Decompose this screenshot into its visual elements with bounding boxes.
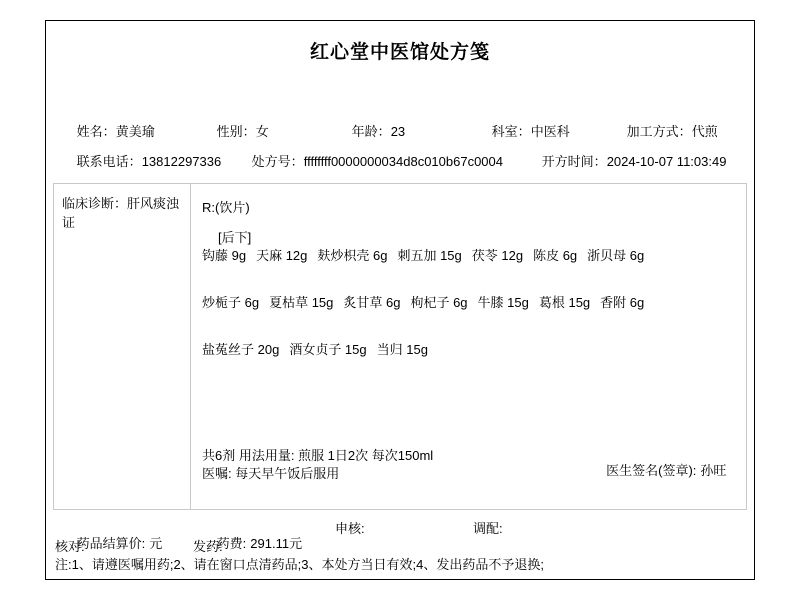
- prescription-time-label: 开方时间：: [542, 154, 607, 169]
- phone-value: 13812297336: [142, 154, 222, 169]
- review-field: 申核:: [335, 518, 365, 537]
- medicine-line: 炒栀子 6g夏枯草 15g炙甘草 6g枸杞子 6g牛膝 15g葛根 15g香附 …: [202, 292, 654, 311]
- footer-note: 注:1、请遵医嘱用药;2、请在窗口点清药品;3、本处方当日有效;4、发出药品不予…: [55, 554, 544, 573]
- medicine-item: 麸炒枳壳 6g: [317, 248, 387, 263]
- clinical-diagnosis: 临床诊断：肝风痰浊证: [54, 184, 191, 509]
- medicine-item: 刺五加 15g: [397, 248, 461, 263]
- settlement-price-value: 元: [149, 536, 162, 551]
- clinical-diagnosis-label: 临床诊断：: [62, 196, 127, 211]
- settlement-price-label: 药品结算价:: [77, 536, 146, 551]
- medicine-item: 炙甘草 6g: [343, 295, 400, 310]
- medicine-item: 茯苓 12g: [472, 248, 523, 263]
- check-field: 核对:: [55, 536, 85, 555]
- form-border: 红心堂中医馆处方笺 姓名：黄美瑜 性别：女 年龄：23 科室：中医科 加工方式：…: [45, 20, 755, 580]
- medicine-item: 酒女贞子 15g: [289, 342, 366, 357]
- prescription-number-value: ffffffff0000000034d8c010b67c0004: [304, 154, 503, 169]
- prescription-time-field: 开方时间：2024-10-07 11:03:49: [520, 136, 726, 185]
- rx-note: [后下]: [218, 227, 251, 246]
- phone-field: 联系电话：13812297336: [55, 136, 221, 185]
- prescription-page: 红心堂中医馆处方笺 姓名：黄美瑜 性别：女 年龄：23 科室：中医科 加工方式：…: [0, 0, 800, 600]
- medicine-item: 浙贝母 6g: [587, 248, 644, 263]
- medicine-line: 钩藤 9g天麻 12g麸炒枳壳 6g刺五加 15g茯苓 12g陈皮 6g浙贝母 …: [202, 245, 654, 264]
- prescription-number-label: 处方号：: [252, 154, 304, 169]
- dosage-summary: 共6剂 用法用量: 煎服 1日2次 每次150ml: [202, 445, 433, 464]
- medicine-list: 钩藤 9g天麻 12g麸炒枳壳 6g刺五加 15g茯苓 12g陈皮 6g浙贝母 …: [202, 245, 654, 386]
- rx-cell: R:(饮片) [后下] 钩藤 9g天麻 12g麸炒枳壳 6g刺五加 15g茯苓 …: [191, 184, 746, 509]
- drug-fee-value: 291.11元: [250, 536, 302, 551]
- medicine-item: 香附 6g: [600, 295, 644, 310]
- doctor-signature-label: 医生签名(签章):: [606, 463, 696, 478]
- medicine-item: 天麻 12g: [256, 248, 307, 263]
- rx-header: R:(饮片): [202, 197, 250, 216]
- medicine-item: 枸杞子 6g: [410, 295, 467, 310]
- prescription-table: 临床诊断：肝风痰浊证 R:(饮片) [后下] 钩藤 9g天麻 12g麸炒枳壳 6…: [53, 183, 747, 510]
- doctor-signature: 医生签名(签章):孙旺: [570, 445, 726, 494]
- page-title: 红心堂中医馆处方笺: [46, 37, 754, 64]
- dispense-field: 调配:: [473, 518, 503, 537]
- medicine-item: 葛根 15g: [539, 295, 590, 310]
- medicine-item: 炒栀子 6g: [202, 295, 259, 310]
- medicine-item: 陈皮 6g: [533, 248, 577, 263]
- medicine-item: 盐菟丝子 20g: [202, 342, 279, 357]
- doctor-instruction: 医嘱: 每天早午饭后服用: [202, 463, 339, 482]
- medicine-item: 当归 15g: [377, 342, 428, 357]
- medicine-item: 牛膝 15g: [478, 295, 529, 310]
- doctor-signature-value: 孙旺: [700, 463, 726, 478]
- medicine-line: 盐菟丝子 20g酒女贞子 15g当归 15g: [202, 339, 654, 358]
- medicine-item: 钩藤 9g: [202, 248, 246, 263]
- issue-field: 发药:: [193, 536, 223, 555]
- phone-label: 联系电话：: [77, 154, 142, 169]
- prescription-number-field: 处方号：ffffffff0000000034d8c010b67c0004: [230, 136, 503, 185]
- prescription-time-value: 2024-10-07 11:03:49: [607, 154, 727, 169]
- medicine-item: 夏枯草 15g: [269, 295, 333, 310]
